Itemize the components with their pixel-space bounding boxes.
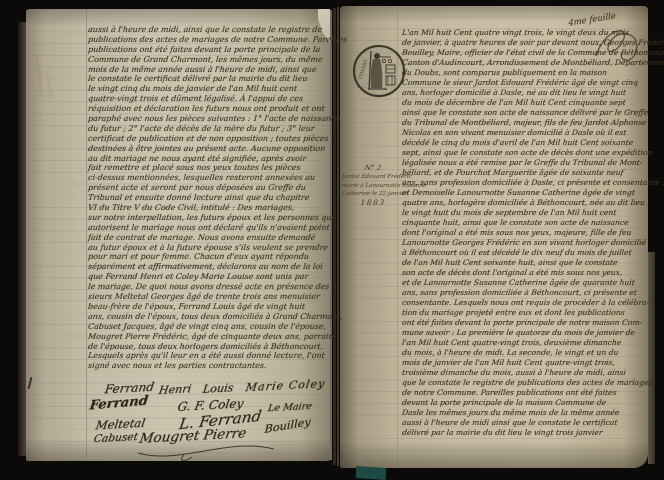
manuscript-line: le vingt huit du mois de septembre de l'…: [401, 208, 644, 218]
margin-note-line: N° 2: [342, 164, 405, 173]
manuscript-line: dont l'original a été mis sous nos yeux,…: [401, 228, 644, 238]
manuscript-line: quatre ans, horlogère domiciliée à Bétho…: [401, 198, 644, 208]
manuscript-line: ans, horloger domicilié à Dasle, né au d…: [401, 88, 644, 98]
manuscript-line: aussi à l'heure de midi ainsi que le con…: [401, 418, 644, 428]
gutter-page-edge: [337, 7, 339, 466]
margin-note: N° 2Jardot Edouard Frédéricmarié à Lanou…: [342, 164, 404, 208]
manuscript-line: Lanournotte Georges Frédéric en son viva…: [401, 238, 644, 248]
manuscript-line: du Tribunal de Montbéliard, majeur, fils…: [401, 118, 644, 128]
manuscript-line: troisième dimanche du mois, aussi à l'he…: [401, 368, 644, 378]
manuscript-line: de janvier, à quatre heures de soir par …: [401, 38, 644, 48]
manuscript-line: et de Lanournotte Susanne Catherine âgée…: [401, 278, 644, 288]
manuscript-line: de notre Commune. Pareilles publications…: [401, 388, 644, 398]
manuscript-line: ans, sans profession domiciliée à Dasle,…: [401, 178, 644, 188]
civil-register-scan: aussi à l'heure de midi, ainsi que le co…: [0, 0, 664, 480]
manuscript-line: ans, sans profession domiciliée à Béthon…: [401, 288, 644, 298]
manuscript-line: que le constate le registre de publicati…: [401, 378, 644, 388]
manuscript-line: Canton d'Audincourt, Arrondissement de M…: [401, 58, 644, 68]
manuscript-line: mune savoir : La première le quatorze du…: [401, 328, 644, 338]
manuscript-line: et Demoiselle Lanournotte Susanne Cather…: [401, 188, 644, 198]
manuscript-line: ainsi que le constate son acte de naissa…: [401, 108, 644, 118]
manuscript-line: de l'an Mil huit Cent soixante huit, ain…: [401, 258, 644, 268]
gutter-shadow: [333, 8, 336, 465]
timbre-stamp: TIMBRE: [351, 43, 407, 99]
manuscript-line: à Béthoncourt où il est décédé le dix ne…: [401, 248, 644, 258]
manuscript-line: du Doubs, sont comparus publiquement en …: [401, 68, 644, 78]
gutter-page-edge: [330, 10, 332, 460]
manuscript-line: l'an Mil huit Cent quatre-vingt trois, d…: [401, 338, 644, 348]
manuscript-line: consentante. Lesquels nous ont requis de…: [401, 298, 644, 308]
manuscript-line: Nicolas en son vivant menuisier domicili…: [401, 128, 644, 138]
manuscript-line: devant la porte principale de la maison …: [401, 398, 644, 408]
manuscript-line: Bouilley, Maire, officier de l'état civi…: [401, 48, 644, 58]
signature: Henri: [158, 382, 192, 397]
manuscript-line: légalisée nous a été remise par le Greff…: [401, 158, 644, 168]
manuscript-line: béliard, et de Pourchot Marguerite âgée …: [401, 168, 644, 178]
manuscript-line: décédé le cinq du mois d'avril de l'an M…: [401, 138, 644, 148]
manuscript-line: du mois de décembre de l'an Mil huit Cen…: [401, 98, 644, 108]
book-cover-corner: [356, 466, 387, 480]
signature: Ferrand: [89, 394, 149, 414]
manuscript-line: Dasle les mêmes jours du même mois de la…: [401, 408, 644, 418]
signature: Meltetal: [95, 416, 147, 433]
signature: Le Maire: [267, 401, 313, 414]
manuscript-line: tion du mariage projeté entre eux et don…: [401, 308, 644, 318]
left-page-stack-edge: [18, 22, 26, 456]
manuscript-line: sept, ainsi que le constate son acte de …: [401, 148, 644, 158]
margin-note-line: Jardot Edouard Frédéric: [342, 173, 405, 182]
manuscript-line: mois de janvier de l'an Mil huit Cent qu…: [401, 358, 644, 368]
manuscript-line: L'an Mil huit Cent quatre vingt trois, l…: [401, 28, 644, 38]
right-page-manuscript: L'an Mil huit Cent quatre vingt trois, l…: [402, 28, 644, 438]
left-page: aussi à l'heure de midi, ainsi que le co…: [26, 9, 330, 461]
right-page-stack-edge: [648, 252, 655, 464]
signature: Marie Coley: [245, 377, 327, 394]
signatures-block: FerrandHenriLouisMarie ColeyFerrandG. F.…: [26, 9, 330, 461]
signature-flourish: [134, 441, 284, 463]
manuscript-line: Commune le sieur Jardot Edouard Frédéric…: [401, 78, 644, 88]
manuscript-line: cinquante huit, ainsi que le constate so…: [401, 218, 644, 228]
signature: Louis: [202, 381, 235, 396]
right-page: TIMBRE 4me feuille N° 2Jardot Edouard Fr…: [340, 6, 648, 468]
manuscript-line: ont été faites devant la porte principal…: [401, 318, 644, 328]
signature: Cabuset: [93, 431, 139, 445]
manuscript-line: délivré par la mairie du dit lieu le vin…: [401, 428, 644, 438]
manuscript-line: du mois, à l'heure de midi. La seconde, …: [401, 348, 644, 358]
manuscript-line: son acte de décès dont l'original a été …: [401, 268, 644, 278]
signature: Bouilley: [264, 415, 311, 436]
margin-note-line: 1883: [342, 199, 405, 208]
